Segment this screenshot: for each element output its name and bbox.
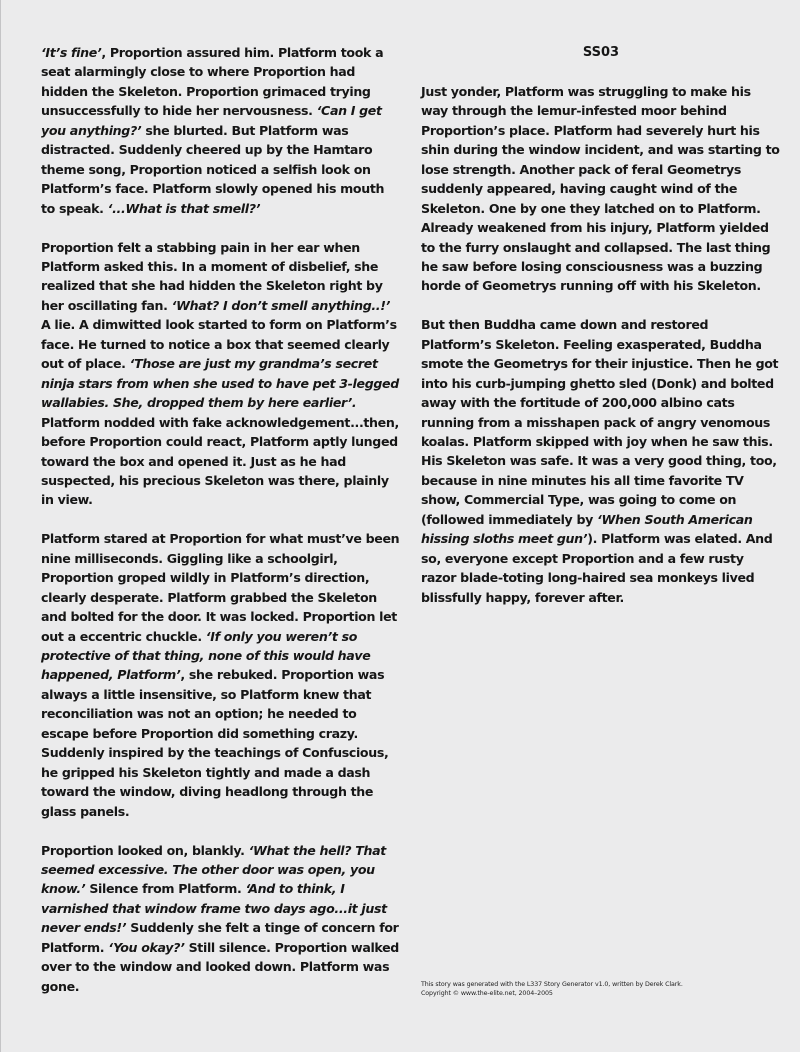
story-paragraph-1: ‘It’s fine’, Proportion assured him. Pla… — [41, 43, 401, 218]
copyright-notice: Copyright © www.the-elite.net, 2004–2005 — [421, 989, 683, 998]
narrative-text: Platform stared at Proportion for what m… — [41, 531, 399, 643]
generator-credit: This story was generated with the L337 S… — [421, 980, 683, 989]
quoted-dialogue: ‘It’s fine’ — [41, 45, 101, 60]
narrative-text: Just yonder, Platform was struggling to … — [421, 84, 780, 294]
narrative-text: Silence from Platform. — [85, 881, 245, 896]
story-paragraph-2: Proportion felt a stabbing pain in her e… — [41, 238, 401, 510]
left-column: ‘It’s fine’, Proportion assured him. Pla… — [41, 43, 401, 1016]
story-paragraph-6: But then Buddha came down and restored P… — [421, 315, 781, 607]
narrative-text: , she rebuked. Proportion was always a l… — [41, 667, 388, 818]
story-paragraph-3: Platform stared at Proportion for what m… — [41, 529, 401, 821]
narrative-text: Proportion looked on, blankly. — [41, 843, 249, 858]
narrative-text: But then Buddha came down and restored P… — [421, 317, 778, 527]
story-paragraph-4: Proportion looked on, blankly. ‘What the… — [41, 841, 401, 997]
story-paragraph-5: Just yonder, Platform was struggling to … — [421, 82, 781, 296]
footer-credits: This story was generated with the L337 S… — [421, 980, 683, 998]
quoted-dialogue: ‘...What is that smell?’ — [108, 201, 260, 216]
quoted-dialogue: ‘You okay?’ — [108, 940, 184, 955]
narrative-text: Platform nodded with fake acknowledgemen… — [41, 415, 399, 508]
quoted-dialogue: ‘What? I don’t smell anything..!’ — [172, 298, 390, 313]
right-column: SS03 Just yonder, Platform was strugglin… — [421, 43, 781, 627]
story-code-heading: SS03 — [421, 43, 781, 62]
